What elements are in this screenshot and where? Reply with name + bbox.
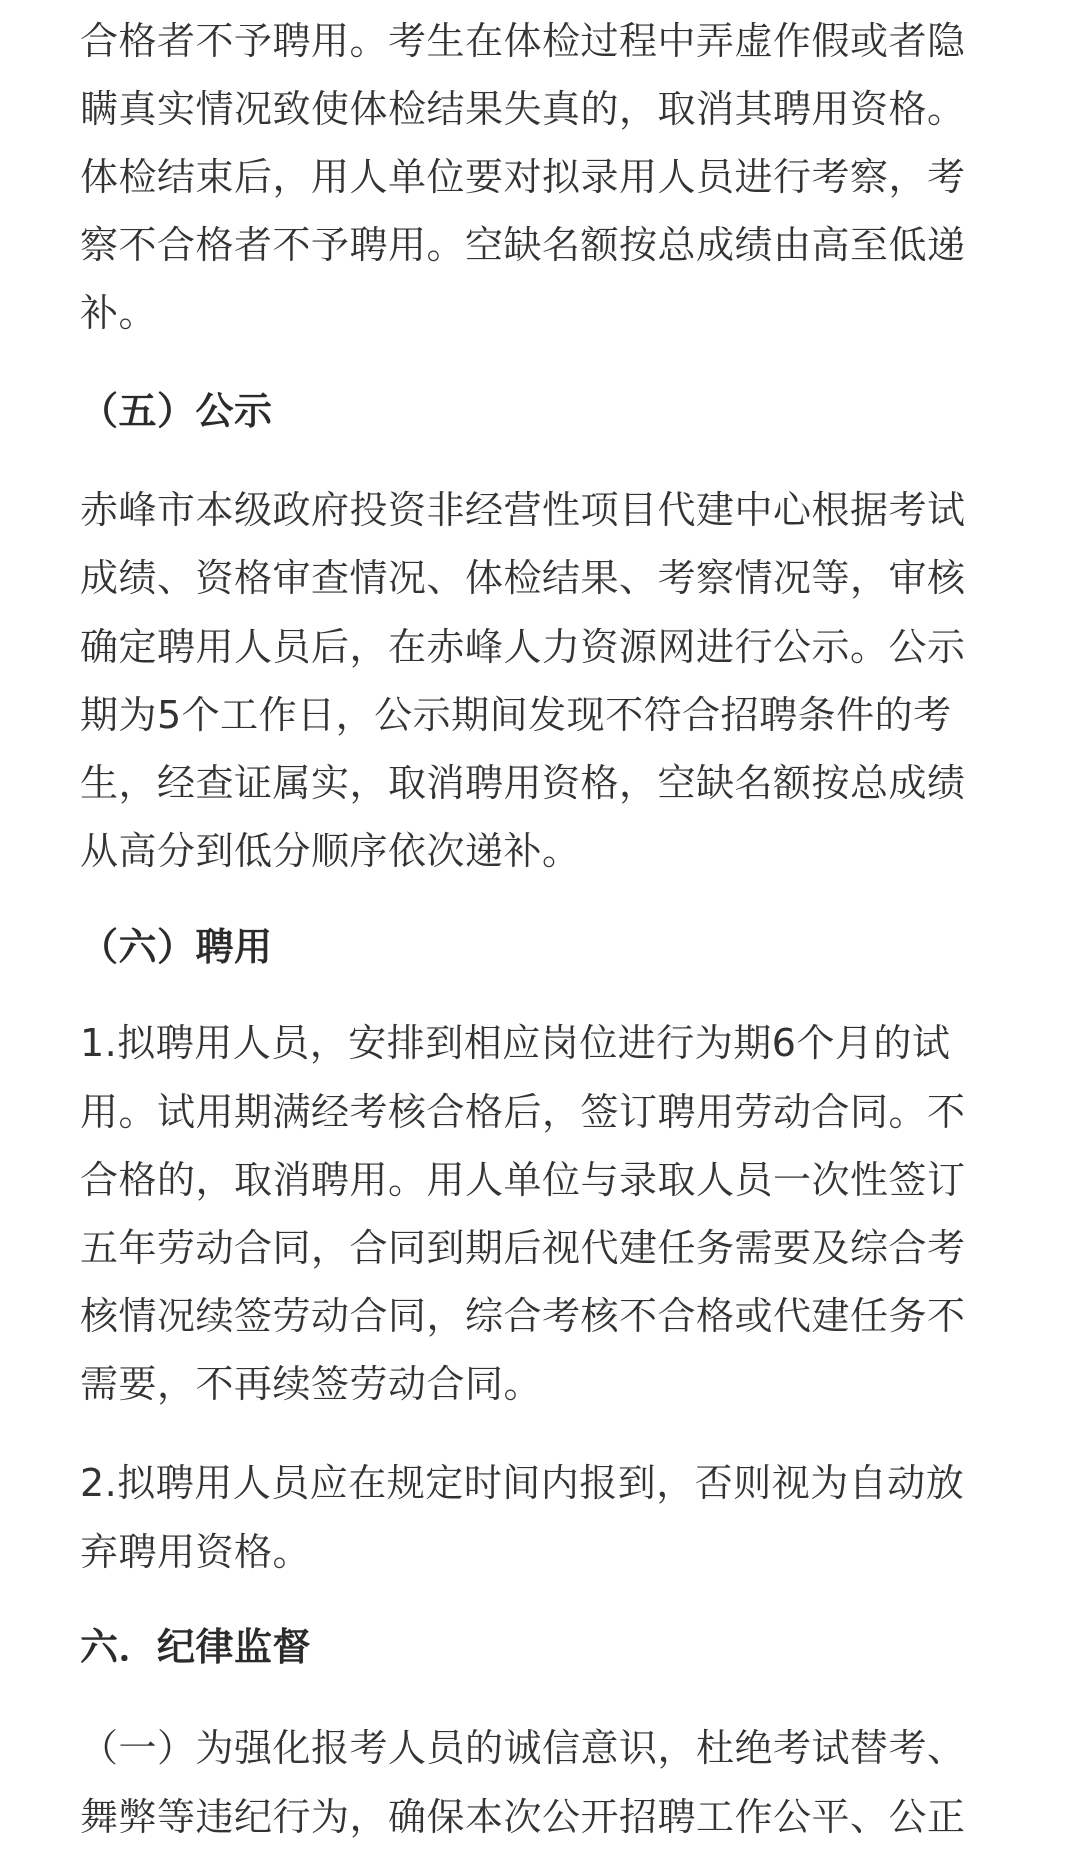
paragraph-line: 瞒真实情况致使体检结果失真的，取消其聘用资格。: [80, 75, 1000, 143]
paragraph-line: 确定聘用人员后，在赤峰人力资源网进行公示。公示: [80, 613, 1000, 681]
paragraph-line: 弃聘用资格。: [80, 1518, 1000, 1586]
paragraph-line: 2.拟聘用人员应在规定时间内报到，否则视为自动放: [80, 1449, 1000, 1517]
paragraph-line: 五年劳动合同，合同到期后视代建任务需要及综合考: [80, 1214, 1000, 1282]
article-content: 合格者不予聘用。考生在体检过程中弄虚作假或者隐 瞒真实情况致使体检结果失真的，取…: [0, 0, 1080, 1860]
paragraph-line: 1.拟聘用人员，安排到相应岗位进行为期6个月的试: [80, 1009, 1000, 1077]
paragraph-line: 合格的，取消聘用。用人单位与录取人员一次性签订: [80, 1146, 1000, 1214]
paragraph-line: 舞弊等违纪行为，确保本次公开招聘工作公平、公正: [80, 1783, 1000, 1851]
paragraph-line: 期为5个工作日，公示期间发现不符合招聘条件的考: [80, 681, 1000, 749]
paragraph-line: 体检结束后，用人单位要对拟录用人员进行考察，考: [80, 143, 1000, 211]
paragraph-line: 需要，不再续签劳动合同。: [80, 1350, 1000, 1418]
paragraph-line: 核情况续签劳动合同，综合考核不合格或代建任务不: [80, 1282, 1000, 1350]
paragraph-line: 察不合格者不予聘用。空缺名额按总成绩由高至低递: [80, 211, 1000, 279]
paragraph-line: 用。试用期满经考核合格后，签订聘用劳动合同。不: [80, 1078, 1000, 1146]
paragraph-line: 生，经查证属实，取消聘用资格，空缺名额按总成绩: [80, 749, 1000, 817]
section-heading-discipline: 六．纪律监督: [80, 1613, 1000, 1681]
paragraph-line: 赤峰市本级政府投资非经营性项目代建中心根据考试: [80, 476, 1000, 544]
section-heading-hiring: （六）聘用: [80, 913, 1000, 981]
paragraph-line: 成绩、资格审查情况、体检结果、考察情况等，审核: [80, 544, 1000, 612]
paragraph-line: （一）为强化报考人员的诚信意识，杜绝考试替考、: [80, 1714, 1000, 1782]
paragraph-line: 从高分到低分顺序依次递补。: [80, 817, 1000, 885]
paragraph-line: 合格者不予聘用。考生在体检过程中弄虚作假或者隐: [80, 7, 1000, 75]
section-heading-publicity: （五）公示: [80, 377, 1000, 445]
paragraph-line: 补。: [80, 279, 1000, 347]
